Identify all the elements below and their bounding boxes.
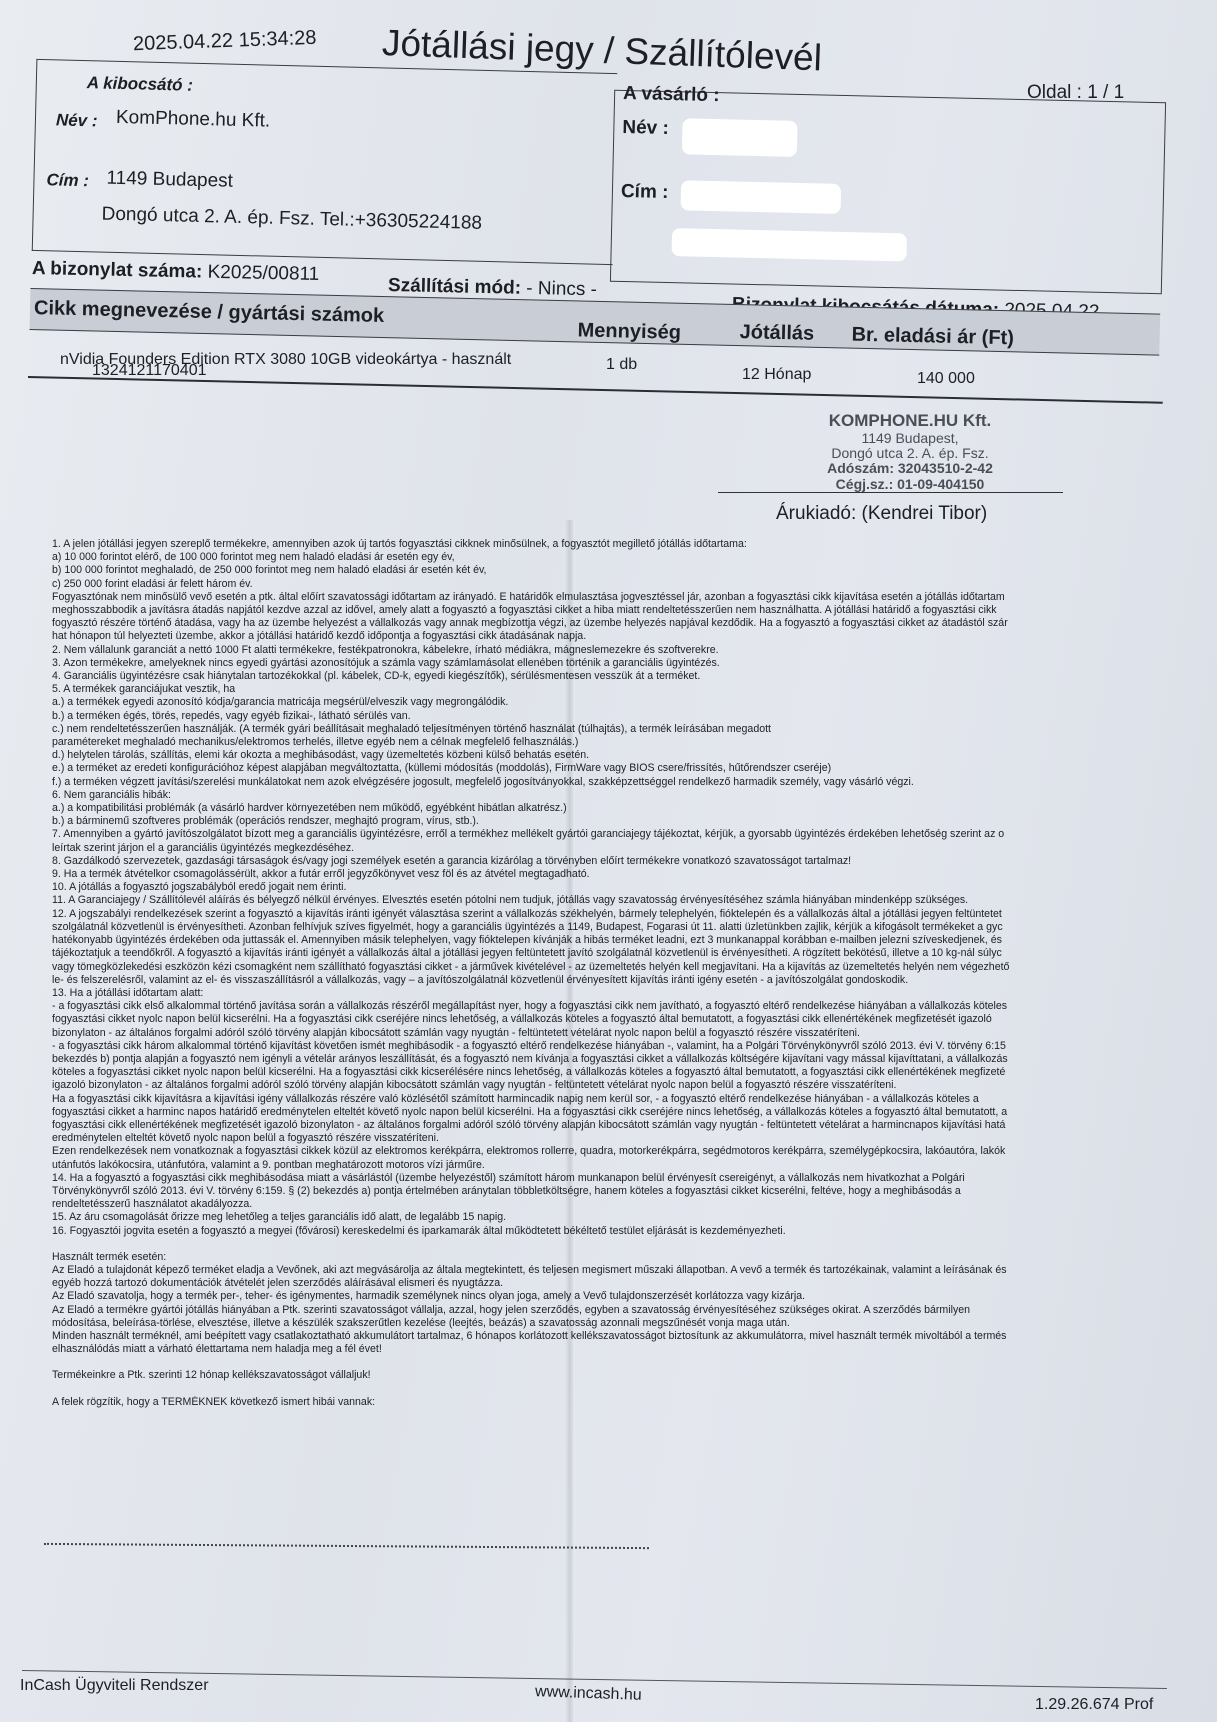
issuer-box: A kibocsátó : Név : KomPhone.hu Kft. Cím… xyxy=(32,59,618,265)
used-product-line: Az Eladó a termékre gyártói jótállás hiá… xyxy=(52,1304,1217,1317)
terms-line: bizonylaton - az általános forgalmi adór… xyxy=(52,1027,1217,1040)
terms-line: c) 250 000 forint eladási ár felett háro… xyxy=(52,578,1217,591)
stamp-registration: Cégj.sz.: 01-09-404150 xyxy=(780,477,1040,492)
terms-line: meghosszabbodik a javításra átadás napjá… xyxy=(52,604,1217,617)
stamp-company: KOMPHONE.HU Kft. xyxy=(780,412,1040,431)
used-product-line: elhasználódás miatt a várható élettartam… xyxy=(52,1343,1217,1356)
terms-line: 7. Amennyiben a gyártó javítószolgálatot… xyxy=(52,828,1217,841)
terms-line: hatékonyabb ügyintézés érdekében oda jut… xyxy=(52,934,1217,947)
table-bottom-rule xyxy=(28,376,1163,404)
terms-line: 15. Az áru csomagolását őrizze meg lehet… xyxy=(52,1211,1217,1224)
terms-line: leírtak szerint járjon el a garanciális … xyxy=(52,842,1217,855)
document-number-value: K2025/00811 xyxy=(207,262,319,285)
known-defects-note: A felek rögzítik, hogy a TERMÉKNEK követ… xyxy=(52,1396,1217,1409)
shipping-method-label: Szállítási mód: xyxy=(388,275,521,299)
buyer-section-label: A vásárló : xyxy=(623,83,720,107)
terms-line: 3. Azon termékekre, amelyeknek nincs egy… xyxy=(52,657,1217,670)
document-sheet: 2025.04.22 15:34:28 Jótállási jegy / Szá… xyxy=(0,0,1217,1722)
shipping-method-value: - Nincs - xyxy=(526,278,597,300)
issuer-address-line1: 1149 Budapest xyxy=(106,168,233,193)
terms-line: igazoló bizonylaton - az általános forga… xyxy=(52,1079,1217,1092)
col-header-warranty: Jótállás xyxy=(739,321,814,346)
terms-line: hat hónapon túl helyezteti üzembe, akkor… xyxy=(52,630,1217,643)
item-price: 140 000 xyxy=(917,370,975,388)
terms-line: 16. Fogyasztói jogvita esetén a fogyaszt… xyxy=(52,1225,1217,1238)
issuer-address-label: Cím : xyxy=(46,170,89,191)
print-timestamp: 2025.04.22 15:34:28 xyxy=(133,27,317,56)
terms-line: 4. Garanciális ügyintézésre csak hiányta… xyxy=(52,670,1217,683)
item-quantity: 1 db xyxy=(606,356,637,374)
terms-line: fogyasztási cikket nyolc napon belül kic… xyxy=(52,1013,1217,1026)
terms-line: 9. Ha a termék átvételkor csomagolássérü… xyxy=(52,868,1217,881)
terms-line: Fogyasztónak nem minősülő vevő esetén a … xyxy=(52,591,1217,604)
terms-line: le- és felszerelésről, valamint az el- é… xyxy=(52,974,1217,987)
signature-line xyxy=(718,492,1063,493)
terms-line: 5. A termékek garanciájukat vesztik, ha xyxy=(52,683,1217,696)
buyer-address-redacted xyxy=(681,180,842,214)
spacer xyxy=(52,1238,1217,1251)
spacer xyxy=(52,1383,1217,1396)
terms-line: tájékoztatjuk a teendőkről. A fogyasztó … xyxy=(52,947,1217,960)
document-number: A bizonylat száma: K2025/00811 xyxy=(32,258,320,286)
defects-dotted-line xyxy=(44,1543,649,1549)
terms-line: szolgálatnál közvetlenül is érvényesíthe… xyxy=(52,921,1217,934)
terms-line: 1. A jelen jótállási jegyen szereplő ter… xyxy=(52,538,1217,551)
terms-line: a.) a termékek egyedi azonosító kódja/ga… xyxy=(52,696,1217,709)
terms-line: 2. Nem vállalunk garanciát a nettó 1000 … xyxy=(52,644,1217,657)
used-product-line: Az Eladó a tulajdonát képező terméket el… xyxy=(52,1264,1217,1277)
issuer-section-label: A kibocsátó : xyxy=(87,73,194,96)
issuer-name-label: Név : xyxy=(56,110,98,131)
terms-line: eredménytelen elteltét követő nyolc napo… xyxy=(52,1132,1217,1145)
footer-website: www.incash.hu xyxy=(535,1683,642,1705)
item-warranty: 12 Hónap xyxy=(742,366,811,384)
buyer-name-redacted xyxy=(682,118,798,157)
used-product-heading: Használt termék esetén: xyxy=(52,1251,1217,1264)
issuer-address-line2: Dongó utca 2. A. ép. Fsz. Tel.:+36305224… xyxy=(101,204,482,235)
col-header-quantity: Mennyiség xyxy=(577,319,681,344)
terms-line: vagy tömegközlekedési eszközön kézi csom… xyxy=(52,961,1217,974)
stamp-street: Dongó utca 2. A. ép. Fsz. xyxy=(780,446,1040,461)
footer-software: InCash Ügyviteli Rendszer xyxy=(20,1677,209,1695)
warranty-terms: 1. A jelen jótállási jegyen szereplő ter… xyxy=(52,538,1217,1409)
terms-line: b.) a terméken égés, törés, repedés, vag… xyxy=(52,710,1217,723)
terms-line: paramétereket meghaladó mechanikus/elekt… xyxy=(52,736,1217,749)
used-product-line: módosítása, beleírása-törlése, elvesztés… xyxy=(52,1317,1217,1330)
buyer-address-label: Cím : xyxy=(621,181,669,204)
terms-line: a) 10 000 forintot elérő, de 100 000 for… xyxy=(52,551,1217,564)
buyer-address2-redacted xyxy=(671,228,907,261)
terms-line: 12. A jogszabályi rendelkezések szerint … xyxy=(52,908,1217,921)
terms-line: rendeltetésszerű használatot akadályozza… xyxy=(52,1198,1217,1211)
col-header-price: Br. eladási ár (Ft) xyxy=(851,324,1014,351)
terms-line: fogyasztási cikk ellenértékének megfizet… xyxy=(52,1119,1217,1132)
terms-line: 8. Gazdálkodó szervezetek, gazdasági tár… xyxy=(52,855,1217,868)
col-header-item-name: Cikk megnevezése / gyártási számok xyxy=(34,297,385,328)
terms-line: e.) a terméket az eredeti konfigurációho… xyxy=(52,762,1217,775)
issuer-name: KomPhone.hu Kft. xyxy=(116,107,271,133)
terms-line: 11. A Garanciajegy / Szállítólevél aláír… xyxy=(52,894,1217,907)
terms-line: c.) nem rendeltetésszerűen használják. (… xyxy=(52,723,1217,736)
company-stamp: KOMPHONE.HU Kft. 1149 Budapest, Dongó ut… xyxy=(780,412,1040,492)
spacer xyxy=(52,1356,1217,1369)
used-product-line: egyéb hozzá tartozó dokumentációk átvéte… xyxy=(52,1277,1217,1290)
terms-line: 13. Ha a jótállási időtartam alatt: xyxy=(52,987,1217,1000)
buyer-name-label: Név : xyxy=(622,117,669,140)
warranty-note: Termékeinkre a Ptk. szerinti 12 hónap ke… xyxy=(52,1369,1217,1382)
used-product-line: Minden használt terméknél, ami beépített… xyxy=(52,1330,1217,1343)
terms-line: b.) a bárminemű szoftveres problémák (op… xyxy=(52,815,1217,828)
terms-line: fogyasztási cikket a harminc napos határ… xyxy=(52,1106,1217,1119)
terms-line: Ha a fogyasztási cikk kijavításra a kija… xyxy=(52,1093,1217,1106)
terms-line: Ezen rendelkezések nem vonatkoznak a fog… xyxy=(52,1145,1217,1158)
terms-line: - a fogyasztási cikk első alkalommal tör… xyxy=(52,1000,1217,1013)
terms-line: a.) a kompatibilitási problémák (a vásár… xyxy=(52,802,1217,815)
issued-by: Árukiadó: (Kendrei Tibor) xyxy=(776,503,987,525)
terms-line: b) 100 000 forintot meghaladó, de 250 00… xyxy=(52,564,1217,577)
stamp-city: 1149 Budapest, xyxy=(780,431,1040,446)
terms-line: Törvénykönyvről szóló 2013. évi V. törvé… xyxy=(52,1185,1217,1198)
terms-line: d.) helytelen tárolás, szállítás, elemi … xyxy=(52,749,1217,762)
terms-line: 14. Ha a fogyasztó a fogyasztási cikk me… xyxy=(52,1172,1217,1185)
terms-line: 10. A jótállás a fogyasztó jogszabályból… xyxy=(52,881,1217,894)
terms-line: bekezdés b) pontja alapján a fogyasztó n… xyxy=(52,1053,1217,1066)
buyer-box: A vásárló : Név : Cím : xyxy=(610,90,1166,294)
terms-line: köteles a fogyasztási cikket nyolc napon… xyxy=(52,1066,1217,1079)
terms-line: 6. Nem garanciális hibák: xyxy=(52,789,1217,802)
terms-line: f.) a terméken végzett javítási/szerelés… xyxy=(52,776,1217,789)
terms-line: utánfutós lakókocsira, utánfutóra, valam… xyxy=(52,1159,1217,1172)
stamp-tax-number: Adószám: 32043510-2-42 xyxy=(780,461,1040,476)
terms-line: - a fogyasztási cikk három alkalommal tö… xyxy=(52,1040,1217,1053)
used-product-line: Az Eladó szavatolja, hogy a termék per-,… xyxy=(52,1290,1217,1303)
document-number-label: A bizonylat száma: xyxy=(32,258,203,283)
terms-line: fogyasztó részére történő átadása, vagy … xyxy=(52,617,1217,630)
footer-version: 1.29.26.674 Prof xyxy=(1035,1696,1153,1714)
